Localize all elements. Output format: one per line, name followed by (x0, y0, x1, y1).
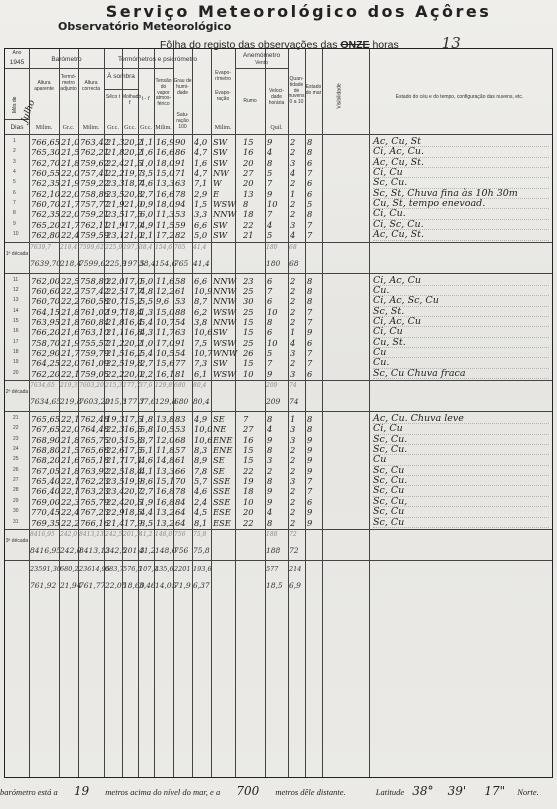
cell-alt-corr: 758,86 (80, 189, 104, 199)
cell-humid: 86 (175, 147, 192, 157)
cell-evap: 8,7 (194, 296, 211, 306)
cell-diff: 2,7 (140, 358, 154, 368)
column-divider (192, 49, 193, 777)
cell-term: 22,0 (61, 358, 78, 368)
cell-diff: 3,6 (140, 476, 154, 486)
cell-seco: 23,3 (106, 178, 122, 188)
cell-molh: 15,8 (124, 435, 138, 445)
cell-seco: 22,3 (106, 424, 122, 434)
sky-condition: Ci, Sc, Cu. (373, 219, 424, 230)
row-rule (373, 347, 549, 348)
cell-molh: 17,7 (124, 286, 138, 296)
cell-nuv: 10 (267, 199, 288, 209)
cell-vis: 7 (307, 317, 322, 327)
cell-humid: 88 (175, 307, 192, 317)
header-rumo: Rumo (235, 99, 265, 105)
barometer-altitude: 19 (74, 784, 89, 798)
group-divider (104, 89, 138, 90)
cell-humid: 61 (175, 455, 192, 465)
cell-diff: 5,4 (140, 348, 154, 358)
cell-term: 21,8 (61, 435, 78, 445)
cell-molh: 17,5 (124, 445, 138, 455)
cell-nuv: 2 (267, 466, 288, 476)
cell-term: 21,0 (61, 137, 78, 147)
cell-term: 22,0 (61, 168, 78, 178)
cell-nuv: 9 (267, 369, 288, 379)
cell-alt-corr: 760,58 (80, 296, 104, 306)
cell-alt-ap: 762,00 (31, 276, 59, 286)
cell-mar: 2 (290, 199, 305, 209)
service-title: Serviço Meteorológico dos Açôres (0, 2, 557, 21)
cell-humid: 53 (175, 296, 192, 306)
decade-sum-faint: 188 (266, 531, 277, 538)
cell-evap: 8,1 (194, 518, 211, 528)
cell-vel: 20 (243, 158, 265, 168)
cell-alt-ap: 764,25 (31, 358, 59, 368)
cell-alt-corr: 765,18 (80, 455, 104, 465)
footer-text-2: metros acima do nível do mar, e a (105, 787, 220, 797)
cell-vel: 15 (243, 327, 265, 337)
cell-nuv: 6 (267, 276, 288, 286)
cell-molh: 16,5 (124, 424, 138, 434)
cell-rumo: ENE (213, 435, 241, 445)
sky-condition: Sc, Cu (373, 506, 404, 517)
decade-label: 2ª década (5, 389, 29, 395)
month-mean: 6,37 (193, 581, 210, 590)
unit-label: Gr.c. (122, 125, 138, 131)
cell-alt-corr: 763,42 (80, 137, 104, 147)
cell-alt-corr: 757,42 (80, 286, 104, 296)
cell-alt-ap: 762,20 (31, 369, 59, 379)
cell-mar: 2 (290, 286, 305, 296)
cell-vel: 18 (243, 486, 265, 496)
cell-evap: 10,6 (194, 327, 211, 337)
decade-sum: 41,2 (139, 546, 156, 555)
cell-molh: 20,2 (124, 147, 138, 157)
cell-humid: 68 (175, 435, 192, 445)
cell-nuv: 6 (267, 327, 288, 337)
cell-term: 21,5 (61, 445, 78, 455)
cell-humid: 54 (175, 317, 192, 327)
day-number: 9 (13, 221, 16, 227)
cell-alt-ap: 762,10 (31, 189, 59, 199)
decade-sum-faint: 242,5 (105, 531, 122, 538)
cell-vel: 25 (243, 286, 265, 296)
cell-evap: 6,1 (194, 369, 211, 379)
cell-seco: 20,5 (106, 435, 122, 445)
cell-tensao: 13,3 (156, 178, 173, 188)
cell-alt-corr: 763,23 (80, 486, 104, 496)
decade-sum: 74 (289, 397, 299, 406)
day-number: 5 (13, 179, 16, 185)
decade-sum-faint: 201,3 (123, 531, 140, 538)
cell-molh: 17,0 (124, 220, 138, 230)
day-number: 4 (13, 169, 16, 175)
decade-sum-faint: 80,4 (193, 382, 206, 389)
cell-humid: 61 (175, 286, 192, 296)
column-divider (288, 49, 289, 777)
cell-seco: 23,4 (106, 486, 122, 496)
document-page: Serviço Meteorológico dos Açôres Observa… (0, 0, 557, 809)
cell-alt-corr: 759,62 (80, 158, 104, 168)
sky-condition: Cu (373, 454, 386, 465)
cell-seco: 22,4 (106, 497, 122, 507)
cell-rumo: ESE (213, 518, 241, 528)
decade-sum: 188 (266, 546, 280, 555)
cell-humid: 91 (175, 338, 192, 348)
cell-rumo: SW (213, 230, 241, 240)
cell-mar: 2 (290, 209, 305, 219)
decade-sum-faint: 7634,65 (30, 382, 55, 389)
cell-term: 22,0 (61, 189, 78, 199)
cell-seco: 21,7 (106, 455, 122, 465)
cell-vel: 20 (243, 178, 265, 188)
decade-sum-faint: 765 (174, 244, 185, 251)
cell-vel: 22 (243, 220, 265, 230)
cell-humid: 59 (175, 220, 192, 230)
unit-label: Milim. (211, 125, 235, 131)
cell-vis: 8 (307, 286, 322, 296)
cell-alt-ap: 765,40 (31, 476, 59, 486)
month-mean: 3,46 (139, 581, 156, 590)
cell-evap: 4,6 (194, 486, 211, 496)
cell-humid: 77 (175, 358, 192, 368)
group-divider (29, 68, 173, 69)
sky-condition: Cu. (373, 357, 389, 368)
decade-sum: 72 (289, 546, 299, 555)
sky-condition: Sc, Cu (373, 465, 404, 476)
cell-vis: 9 (307, 435, 322, 445)
cell-alt-corr: 762,23 (80, 476, 104, 486)
cell-seco: 21,3 (106, 137, 122, 147)
decade-sum: 80,4 (193, 397, 210, 406)
cell-evap: 4,7 (194, 168, 211, 178)
cell-diff: 6,0 (140, 209, 154, 219)
day-number: 7 (13, 200, 16, 206)
cell-vel: 13 (243, 189, 265, 199)
cell-seco: 22,2 (106, 168, 122, 178)
column-divider (265, 49, 266, 777)
column-divider (29, 49, 30, 777)
unit-label: Milim. (29, 125, 59, 131)
cell-tensao: 13,3 (156, 466, 173, 476)
cell-mar: 3 (290, 476, 305, 486)
cell-vel: 25 (243, 307, 265, 317)
latitude-degrees: 38° (412, 784, 433, 798)
cell-humid: 64 (175, 518, 192, 528)
cell-mar: 2 (290, 497, 305, 507)
decade-sum-faint: 242,0 (60, 531, 77, 538)
cell-seco: 21,9 (106, 220, 122, 230)
decade-sum-faint: 7599,62 (79, 244, 104, 251)
cell-nuv: 9 (267, 137, 288, 147)
cell-rumo: SE (213, 466, 241, 476)
sky-condition: Sc, Cu. (373, 444, 407, 455)
decade-sum-faint: 180 (266, 244, 277, 251)
cell-humid: 63 (175, 178, 192, 188)
day-number: 15 (13, 318, 19, 324)
cell-molh: 21,0 (124, 230, 138, 240)
day-number: 16 (13, 328, 19, 334)
sky-condition: Ci, Cu (373, 326, 403, 337)
cell-mar: 1 (290, 189, 305, 199)
cell-evap: 7,5 (194, 338, 211, 348)
cell-alt-ap: 762,90 (31, 348, 59, 358)
cell-evap: 2,4 (194, 497, 211, 507)
cell-diff: 4,6 (140, 178, 154, 188)
barometer-distance: 700 (236, 784, 259, 798)
header-seco: Sêco t (104, 95, 122, 101)
cell-seco: 20,7 (106, 296, 122, 306)
decade-sum-faint: 37,6 (139, 382, 152, 389)
cell-seco: 21,5 (106, 348, 122, 358)
cell-molh: 20,0 (124, 369, 138, 379)
cell-term: 22,0 (61, 424, 78, 434)
cell-rumo: ESE (213, 507, 241, 517)
cell-diff: 3,5 (140, 168, 154, 178)
cell-diff: 4,3 (140, 327, 154, 337)
cell-diff: 2,7 (140, 189, 154, 199)
cell-term: 21,6 (61, 455, 78, 465)
cell-molh: 15,2 (124, 296, 138, 306)
cell-alt-ap: 770,45 (31, 507, 59, 517)
sky-condition: Ac, Cu, St. (373, 157, 424, 168)
cell-vis: 5 (307, 199, 322, 209)
cell-alt-ap: 763,95 (31, 317, 59, 327)
decade-top-rule (5, 380, 552, 381)
cell-humid: 66 (175, 466, 192, 476)
cell-tensao: 16,6 (156, 147, 173, 157)
cell-alt-ap: 769,35 (31, 518, 59, 528)
cell-nuv: 9 (267, 486, 288, 496)
cell-diff: 4,6 (140, 455, 154, 465)
decade-label: 3ª década (5, 538, 29, 544)
cell-evap: 10,7 (194, 348, 211, 358)
month-total: 2201 (174, 565, 191, 573)
decade-sum-faint: 209 (266, 382, 277, 389)
observatory-subtitle: Observatório Meteorológico (58, 20, 231, 33)
cell-molh: 17,9 (124, 518, 138, 528)
decade-sum-faint: 38,4 (139, 244, 152, 251)
cell-evap: 3,8 (194, 317, 211, 327)
cell-diff: 1,9 (140, 497, 154, 507)
cell-molh: 20,7 (124, 486, 138, 496)
decade-sum-faint: 218,4 (60, 244, 77, 251)
decade-sum-faint: 197,5 (123, 244, 140, 251)
cell-seco: 23,5 (106, 209, 122, 219)
cell-mar: 1 (290, 327, 305, 337)
decade-top-rule (5, 529, 552, 530)
cell-term: 22,1 (61, 414, 78, 424)
cell-term: 22,1 (61, 476, 78, 486)
cell-vis: 9 (307, 518, 322, 528)
cell-tensao: 15,0 (156, 168, 173, 178)
cell-evap: 4,0 (194, 137, 211, 147)
year-value: 1945 (5, 59, 29, 66)
cell-diff: 4,4 (140, 507, 154, 517)
cell-tensao: 16,6 (156, 189, 173, 199)
cell-diff: 1,8 (140, 414, 154, 424)
cell-rumo: E (213, 189, 241, 199)
cell-nuv: 8 (267, 445, 288, 455)
cell-mar: 2 (290, 486, 305, 496)
cell-seco: 21,4 (106, 518, 122, 528)
cell-vel: 16 (243, 147, 265, 157)
cell-vis: 8 (307, 137, 322, 147)
cell-vis: 9 (307, 445, 322, 455)
cell-evap: 5,0 (194, 230, 211, 240)
barometer-group-header: Barómetro (29, 56, 104, 63)
cell-tensao: 11,7 (156, 327, 173, 337)
cell-evap: 2,9 (194, 189, 211, 199)
cell-vis: 9 (307, 455, 322, 465)
cell-evap: 8,3 (194, 445, 211, 455)
cell-diff: 1,3 (140, 307, 154, 317)
cell-nuv: 7 (267, 358, 288, 368)
cell-molh: 20,2 (124, 137, 138, 147)
cell-molh: 20,8 (124, 189, 138, 199)
sky-condition: Sc, Cu. (373, 177, 407, 188)
cell-vel: 16 (243, 435, 265, 445)
header-t-diff: t - t' (138, 97, 154, 103)
cell-diff: 2,7 (140, 486, 154, 496)
cell-molh: 19,8 (124, 358, 138, 368)
cell-alt-corr: 760,84 (80, 317, 104, 327)
cell-molh: 21,5 (124, 158, 138, 168)
group-divider (5, 68, 29, 69)
decade-bottom-rule (5, 560, 552, 561)
cell-alt-ap: 766,65 (31, 137, 59, 147)
cell-alt-corr: 765,75 (80, 435, 104, 445)
cell-humid: 84 (175, 497, 192, 507)
cell-term: 22,0 (61, 209, 78, 219)
cell-seco: 22,5 (106, 358, 122, 368)
cell-seco: 19,7 (106, 307, 122, 317)
decade-sum-faint: 7639,7 (30, 244, 51, 251)
row-rule (373, 285, 549, 286)
sky-condition: Ci, Cu (373, 423, 403, 434)
cell-humid: 94 (175, 199, 192, 209)
cell-evap: 1,5 (194, 199, 211, 209)
cell-rumo: SW (213, 358, 241, 368)
cell-seco: 22,6 (106, 445, 122, 455)
cell-alt-corr: 765,68 (80, 445, 104, 455)
cell-molh: 17,1 (124, 455, 138, 465)
latitude-seconds: 17" (484, 784, 505, 798)
decade-sum: 180 (266, 259, 280, 268)
header-evaporacao: Evapo-ração (211, 91, 235, 103)
cell-humid: 83 (175, 414, 192, 424)
decade-sum: 756 (174, 546, 188, 555)
cell-mar: 2 (290, 518, 305, 528)
decade-sum: 8416,95 (30, 546, 61, 555)
cell-diff: 5,4 (140, 317, 154, 327)
cell-seco: 23,5 (106, 189, 122, 199)
cell-rumo: NNW (213, 276, 241, 286)
cell-seco: 21,8 (106, 147, 122, 157)
cell-vis: 8 (307, 276, 322, 286)
cell-term: 22,3 (61, 497, 78, 507)
cell-nuv: 4 (267, 220, 288, 230)
decade-sum: 68 (289, 259, 299, 268)
unit-label: Gr.c. (138, 125, 154, 131)
column-divider (305, 49, 306, 777)
day-number: 30 (13, 508, 19, 514)
cell-diff: 2,1 (140, 230, 154, 240)
cell-seco: 22,4 (106, 158, 122, 168)
cell-term: 21,9 (61, 178, 78, 188)
cell-diff: 3,5 (140, 518, 154, 528)
decade-sum-faint: 8413,13 (79, 531, 104, 538)
cell-diff: 4,1 (140, 466, 154, 476)
cell-diff: 1,6 (140, 147, 154, 157)
column-divider (154, 49, 155, 777)
cell-humid: 64 (175, 507, 192, 517)
cell-nuv: 8 (267, 317, 288, 327)
header-a-sombra: À sombra (104, 73, 138, 80)
cell-molh: 19,7 (124, 168, 138, 178)
cell-molh: 16,4 (124, 317, 138, 327)
sky-condition: Sc, Cu (373, 517, 404, 528)
cell-nuv: 9 (267, 189, 288, 199)
cell-humid: 58 (175, 276, 192, 286)
cell-tensao: 15,6 (156, 358, 173, 368)
cell-vis: 7 (307, 230, 322, 240)
year-label: Ano (5, 51, 29, 57)
cell-mar: 3 (290, 369, 305, 379)
sky-condition: Ci, Ac, Cu. (373, 146, 424, 157)
decade-label: 1ª década (5, 251, 29, 257)
day-number: 13 (13, 297, 19, 303)
sky-condition: Ci, Cu. (373, 208, 406, 219)
cell-alt-corr: 758,80 (80, 276, 104, 286)
cell-vel: 10 (243, 369, 265, 379)
month-mean: 6,9 (289, 581, 301, 590)
decade-sum: 765 (174, 259, 188, 268)
sky-condition: Ac, Cu, St. (373, 229, 424, 240)
sky-condition: Ac, Cu. Chuva leve (373, 413, 464, 424)
month-label: Mês de (12, 97, 18, 113)
cell-alt-corr: 759,22 (80, 178, 104, 188)
cell-rumo: NNW (213, 209, 241, 219)
cell-vel: 15 (243, 358, 265, 368)
cell-tensao: 11,5 (156, 220, 173, 230)
cell-tensao: 10,5 (156, 424, 173, 434)
cell-diff: 3,7 (140, 435, 154, 445)
cell-alt-ap: 765,65 (31, 414, 59, 424)
month-mean: 71,9 (174, 581, 191, 590)
cell-term: 22,1 (61, 369, 78, 379)
cell-molh: 21,0 (124, 199, 138, 209)
cell-evap: 8,9 (194, 455, 211, 465)
cell-vel: 15 (243, 317, 265, 327)
cell-tensao: 11,3 (156, 209, 173, 219)
cell-vel: 25 (243, 338, 265, 348)
cell-term: 22,2 (61, 518, 78, 528)
decade-sum-faint: 75,8 (193, 531, 206, 538)
cell-nuv: 5 (267, 348, 288, 358)
cell-humid: 54 (175, 348, 192, 358)
group-divider (235, 68, 288, 69)
cell-vel: 23 (243, 276, 265, 286)
cell-vel: 8 (243, 199, 265, 209)
cell-mar: 2 (290, 466, 305, 476)
header-altura-aparente: Altura aparente (29, 81, 59, 93)
day-number: 28 (13, 487, 19, 493)
day-number: 31 (13, 519, 19, 525)
cell-molh: 17,5 (124, 209, 138, 219)
header-estado-mar: Estado do mar (305, 85, 322, 97)
